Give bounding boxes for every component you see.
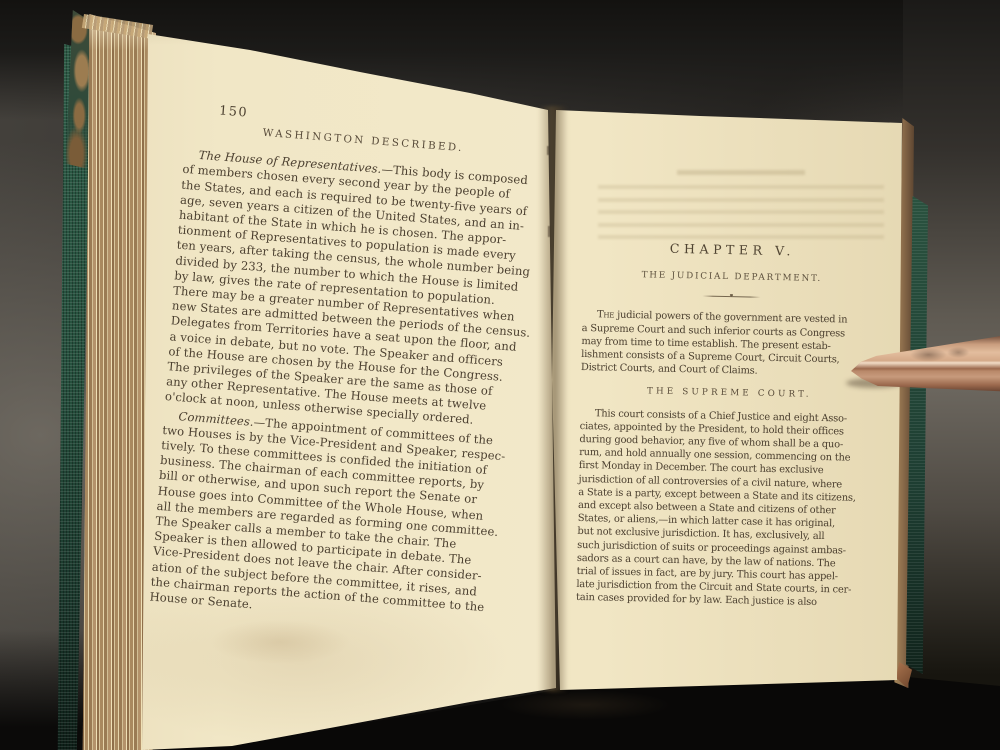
section-heading: THE SUPREME COURT.	[580, 384, 878, 403]
left-page-body: The House of Representatives.—This body …	[137, 146, 551, 633]
left-page-text-block: 150 WASHINGTON DESCRIBED. The House of R…	[137, 98, 555, 636]
binding-stitch	[548, 226, 550, 237]
page-stain	[500, 690, 670, 720]
paragraph-house-of-representatives: The House of Representatives.—This body …	[164, 147, 551, 433]
paragraph-lines: ciates, appointed by the President, to h…	[576, 420, 878, 611]
decorative-rule	[702, 294, 760, 299]
ghost-line	[598, 198, 884, 202]
page-number: 150	[219, 103, 249, 120]
ghost-line	[598, 185, 884, 189]
chapter-subtitle: THE JUDICIAL DEPARTMENT.	[583, 268, 881, 287]
paragraph-committees: Committees.—The appointment of committee…	[149, 408, 531, 633]
paragraph-supreme-court: This court consists of a Chief Justice a…	[576, 407, 878, 611]
right-page-text-block: CHAPTER V. THE JUDICIAL DEPARTMENT. The …	[576, 220, 882, 611]
page-stain	[210, 620, 350, 664]
ghost-header-line	[677, 170, 805, 175]
chapter-heading: CHAPTER V.	[583, 220, 882, 259]
paragraph-lead-smallcaps: The	[597, 310, 614, 321]
paragraph-judicial-powers: The judicial powers of the government ar…	[581, 308, 880, 380]
paragraph-lines: two Houses is by the Vice-President and …	[149, 423, 530, 633]
paragraph-lines: a Supreme Court and such inferior courts…	[581, 322, 880, 381]
paragraph-lines: of members chosen every second year by t…	[164, 162, 550, 433]
ghost-line	[598, 210, 884, 214]
